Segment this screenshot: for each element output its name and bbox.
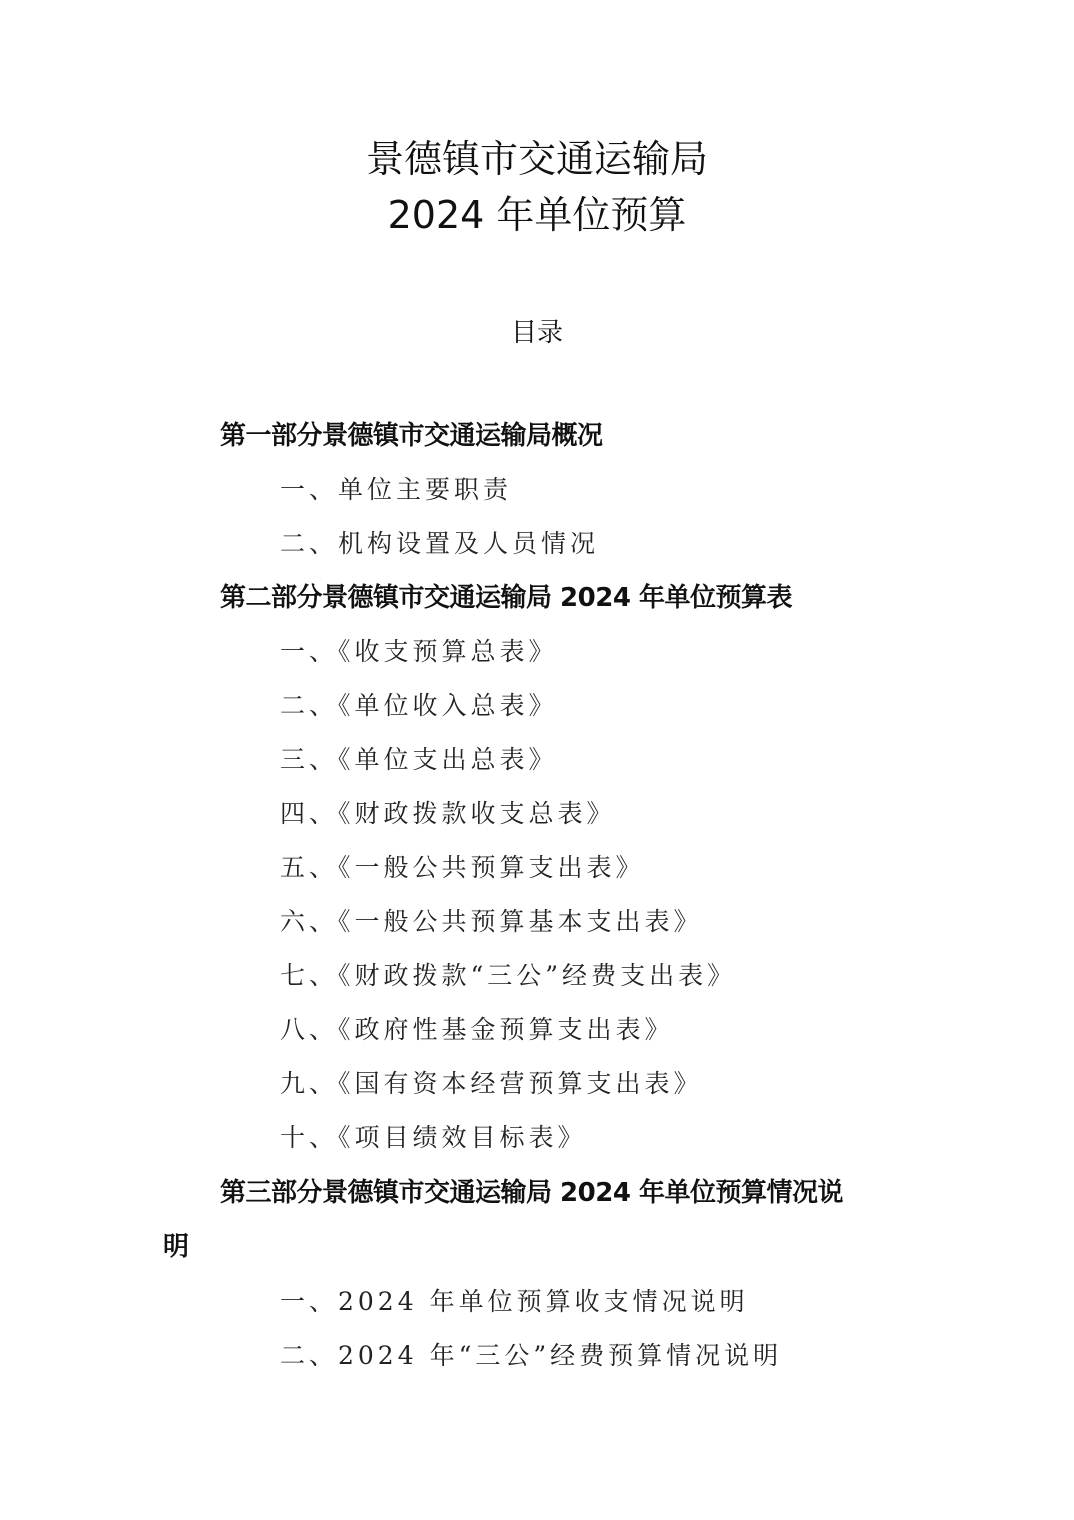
toc-item: 五、《一般公共预算支出表》	[280, 855, 645, 880]
toc-item: 一、2024 年单位预算收支情况说明	[280, 1289, 749, 1314]
toc-item: 一、单位主要职责	[280, 477, 512, 502]
toc-item: 一、《收支预算总表》	[280, 639, 558, 664]
toc-heading: 目录	[0, 312, 1074, 349]
toc-part-1-heading: 第一部分景德镇市交通运输局概况	[220, 423, 603, 449]
toc-item: 八、《政府性基金预算支出表》	[280, 1017, 674, 1042]
toc-part-3-heading-continuation: 明	[163, 1234, 189, 1260]
toc-part-3-heading: 第三部分景德镇市交通运输局 2024 年单位预算情况说	[220, 1180, 843, 1206]
toc-item: 二、机构设置及人员情况	[280, 531, 599, 556]
toc-item: 七、《财政拨款“三公”经费支出表》	[280, 963, 736, 988]
toc-part-2-heading: 第二部分景德镇市交通运输局 2024 年单位预算表	[220, 585, 792, 611]
toc-item: 九、《国有资本经营预算支出表》	[280, 1071, 703, 1096]
toc-item: 二、《单位收入总表》	[280, 693, 558, 718]
document-title-line1: 景德镇市交通运输局	[0, 140, 1074, 178]
toc-item: 三、《单位支出总表》	[280, 747, 558, 772]
toc-item: 四、《财政拨款收支总表》	[280, 801, 616, 826]
document-title-line2: 2024 年单位预算	[0, 196, 1074, 234]
toc-item: 二、2024 年“三公”经费预算情况说明	[280, 1343, 782, 1368]
toc-item: 六、《一般公共预算基本支出表》	[280, 909, 703, 934]
toc-item: 十、《项目绩效目标表》	[280, 1125, 587, 1150]
